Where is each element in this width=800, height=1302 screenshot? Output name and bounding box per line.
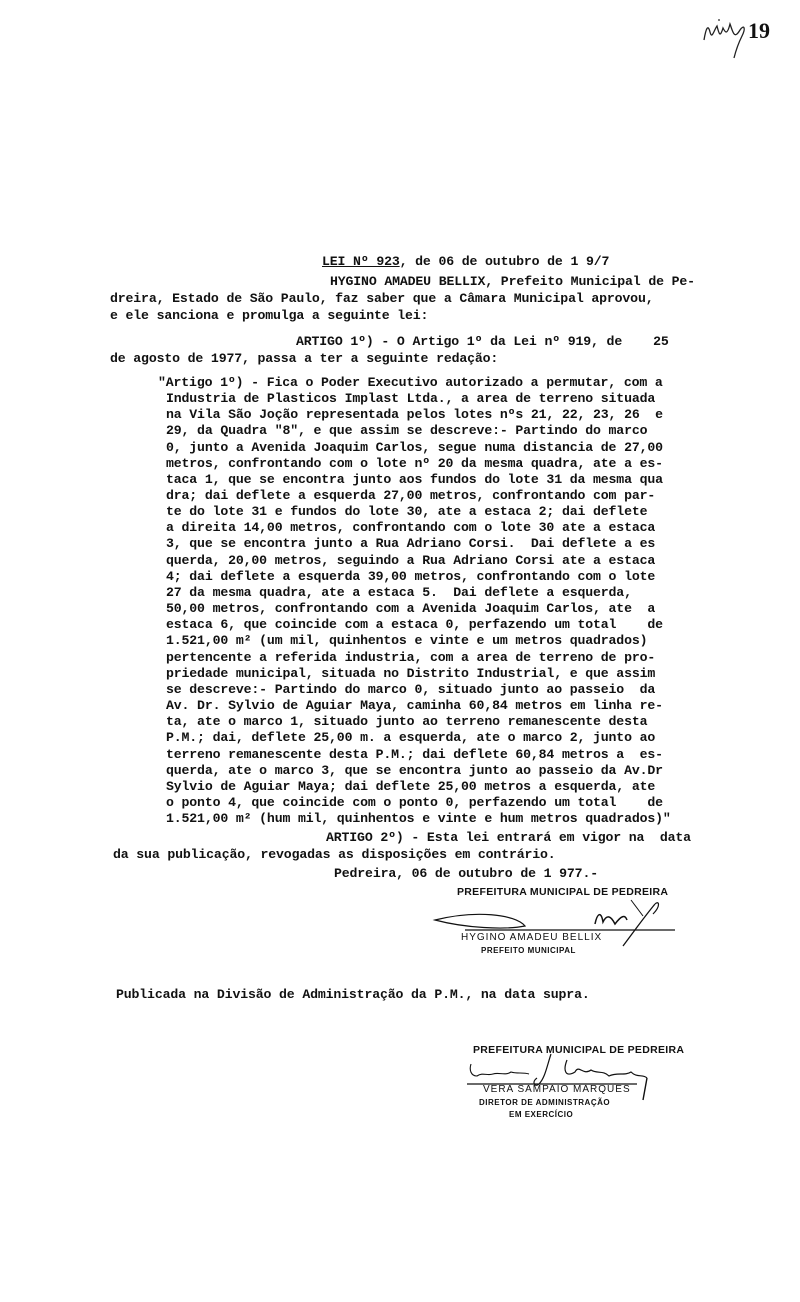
director-signature-stamp: PREFEITURA MUNICIPAL DE PEDREIRA VERA SA… [473,1040,713,1130]
page-number-stamp: 19 [700,10,790,50]
text-line: Industria de Plasticos Implast Ltda., a … [166,391,655,407]
text-line: Av. Dr. Sylvio de Aguiar Maya, caminha 6… [166,698,663,714]
text-line: se descreve:- Partindo do marco 0, situa… [166,682,655,698]
text-line: dreira, Estado de São Paulo, faz saber q… [110,291,653,307]
text-line: na Vila São Joção representada pelos lot… [166,407,663,423]
text-line: ARTIGO 1º) - O Artigo 1º da Lei nº 919, … [296,334,669,350]
document-page: 19 LEI Nº 923, de 06 de outubro de 1 9/7… [0,0,800,1302]
text-line: ta, ate o marco 1, situado junto ao terr… [166,714,647,730]
text-line: querda, 20,00 metros, seguindo a Rua Adr… [166,553,655,569]
text-line: de agosto de 1977, passa a ter a seguint… [110,351,498,367]
text-line: "Artigo 1º) - Fica o Poder Executivo aut… [158,375,663,391]
text-line: metros, confrontando com o lote nº 20 da… [166,456,663,472]
text-line: o ponto 4, que coincide com o ponto 0, p… [166,795,663,811]
text-line: e ele sanciona e promulga a seguinte lei… [110,308,428,324]
text-line: te do lote 31 e fundos do lote 30, ate a… [166,504,647,520]
text-line: 27 da mesma quadra, ate a estaca 5. Dai … [166,585,632,601]
text-line: da sua publicação, revogadas as disposiç… [113,847,556,863]
text-line: 50,00 metros, confrontando com a Avenida… [166,601,655,617]
mayor-name: HYGINO AMADEU BELLIX [461,932,602,943]
publication-note: Publicada na Divisão de Administração da… [116,987,590,1003]
text-line: HYGINO AMADEU BELLIX, Prefeito Municipal… [330,274,695,290]
mayor-role: PREFEITO MUNICIPAL [481,946,576,955]
law-date: , de 06 de outubro de 1 9/7 [400,254,610,269]
director-name: VERA SAMPAIO MARQUES [483,1084,631,1095]
law-title: LEI Nº 923, de 06 de outubro de 1 9/7 [322,254,609,269]
date-line: Pedreira, 06 de outubro de 1 977.- [334,866,598,882]
text-line: 1.521,00 m² (um mil, quinhentos e vinte … [166,633,647,649]
text-line: terreno remanescente desta P.M.; dai def… [166,747,663,763]
text-line: querda, ate o marco 3, que se encontra j… [166,763,663,779]
text-line: taca 1, que se encontra junto aos fundos… [166,472,663,488]
text-line: 29, da Quadra "8", e que assim se descre… [166,423,647,439]
page-number: 19 [748,18,770,44]
text-line: ARTIGO 2º) - Esta lei entrará em vigor n… [326,830,691,846]
text-line: pertencente a referida industria, com a … [166,650,655,666]
text-line: priedade municipal, situada no Distrito … [166,666,655,682]
text-line: a direita 14,00 metros, confrontando com… [166,520,655,536]
director-role-extra: EM EXERCÍCIO [509,1110,573,1119]
text-line: 1.521,00 m² (hum mil, quinhentos e vinte… [166,811,671,827]
text-line: 3, que se encontra junto a Rua Adriano C… [166,536,655,552]
text-line: 0, junto a Avenida Joaquim Carlos, segue… [166,440,663,456]
text-line: Sylvio de Aguiar Maya; dai deflete 25,00… [166,779,655,795]
text-line: P.M.; dai, deflete 25,00 m. a esquerda, … [166,730,655,746]
law-number: LEI Nº 923 [322,254,400,269]
text-line: 4; dai deflete a esquerda 39,00 metros, … [166,569,655,585]
director-role: DIRETOR DE ADMINISTRAÇÃO [479,1098,610,1107]
text-line: estaca 6, que coincide com a estaca 0, p… [166,617,663,633]
mayor-signature-stamp: PREFEITURA MUNICIPAL DE PEDREIRA HYGINO … [455,886,695,966]
text-line: dra; dai deflete a esquerda 27,00 metros… [166,488,655,504]
